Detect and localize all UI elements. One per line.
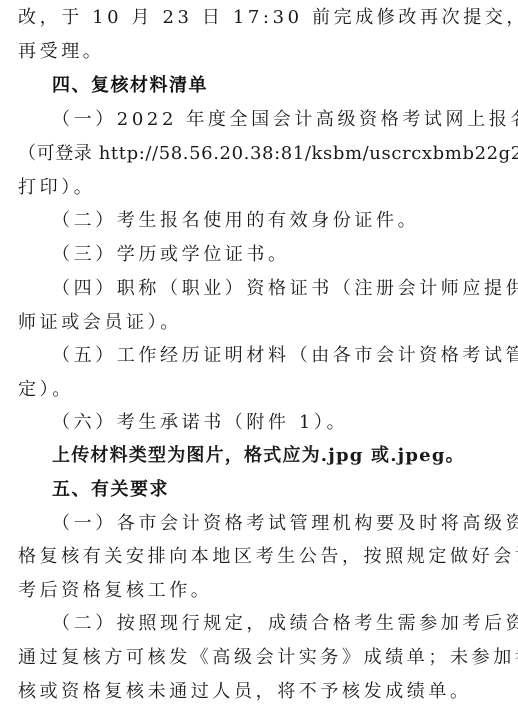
requirement-1-end-line: 考后资格复核工作。 <box>18 578 498 604</box>
section-heading-review-materials: 四、复核材料清单 <box>52 73 498 99</box>
document-page: 改，于 10 月 23 日 17:30 前完成修改再次提交，逾期系统关闭不 再受… <box>0 0 518 713</box>
list-item-3-line: （三）学历或学位证书。 <box>52 242 498 268</box>
list-item-5-line: （五）工作经历证明材料（由各市会计资格考试管理机构设 <box>52 343 498 369</box>
section-heading-requirements: 五、有关要求 <box>52 477 498 503</box>
list-item-5-end-line: 定）。 <box>18 377 498 403</box>
list-item-4-end-line: 师证或会员证）。 <box>18 310 498 336</box>
paragraph-line-continuation: 再受理。 <box>18 39 498 65</box>
list-item-1-line: （一）2022 年度全国会计高级资格考试网上报名考生信息表 <box>52 107 498 133</box>
upload-format-note: 上传材料类型为图片，格式应为.jpg 或.jpeg。 <box>52 443 498 469</box>
list-item-1-end-line: 打印）。 <box>18 175 498 201</box>
list-item-2-line: （二）考生报名使用的有效身份证件。 <box>52 208 498 234</box>
list-item-1-url-line: （可登录 http://58.56.20.38:81/ksbm/uscrcxbm… <box>18 141 498 167</box>
requirement-2-line: （二）按照现行规定，成绩合格考生需参加考后资格复核并 <box>52 611 498 637</box>
list-item-4-line: （四）职称（职业）资格证书（注册会计师应提供注册会计 <box>52 276 498 302</box>
requirement-2-end-line: 核或资格复核未通过人员，将不予核发成绩单。 <box>18 679 498 705</box>
list-item-6-line: （六）考生承诺书（附件 1）。 <box>52 410 498 436</box>
requirement-2-line-2: 通过复核方可核发《高级会计实务》成绩单；未参加考后资格复 <box>18 645 498 671</box>
paragraph-line-continuation: 改，于 10 月 23 日 17:30 前完成修改再次提交，逾期系统关闭不 <box>18 5 498 31</box>
requirement-1-line: （一）各市会计资格考试管理机构要及时将高级资格考后资 <box>52 511 498 537</box>
requirement-1-line-2: 格复核有关安排向本地区考生公告，按照规定做好会计高级资格 <box>18 544 498 570</box>
